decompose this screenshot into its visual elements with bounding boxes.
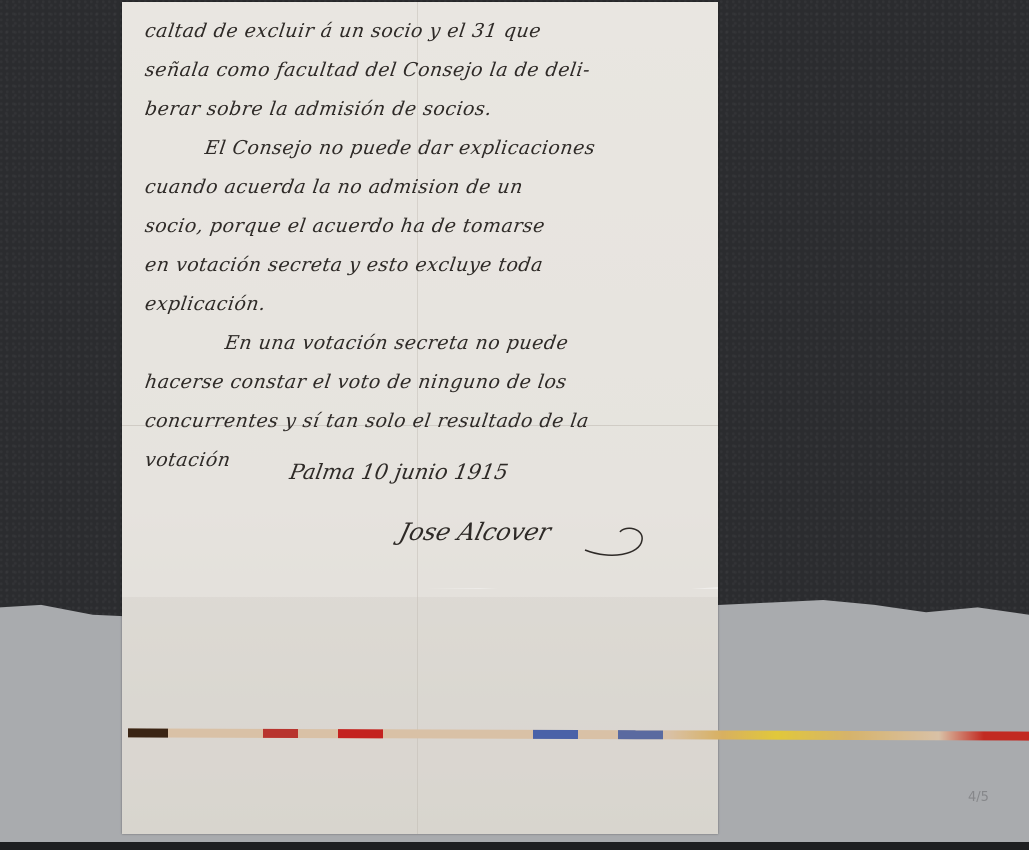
signature-flourish-icon (580, 520, 650, 560)
bottom-edge-strip (0, 842, 1029, 850)
body-line: El Consejo no puede dar explicaciones (142, 129, 717, 168)
body-line: cuando acuerda la no admision de un (142, 168, 717, 207)
archive-pencil-mark: 4/5 (968, 790, 989, 805)
overlay-shade (122, 597, 718, 834)
body-line: berar sobre la admisión de socios. (142, 90, 717, 129)
body-line: señala como facultad del Consejo la de d… (142, 51, 717, 90)
body-line: concurrentes y sí tan solo el resultado … (142, 402, 717, 441)
body-line: explicación. (142, 285, 717, 324)
body-line: socio, porque el acuerdo ha de tomarse (142, 207, 717, 246)
tape-blue-spot (533, 730, 578, 739)
body-line: en votación secreta y esto excluye toda (142, 246, 717, 285)
tape-red-spot (338, 729, 383, 738)
tear-edge (122, 587, 718, 609)
tape-red-spot (263, 729, 298, 738)
body-line: En una votación secreta no puede (142, 324, 717, 363)
signature: Jose Alcover (397, 518, 554, 546)
body-line: hacerse constar el voto de ninguno de lo… (142, 363, 717, 402)
letter-body: caltad de excluir á un socio y el 31 que… (145, 12, 715, 480)
tape-dark-spot (128, 728, 168, 737)
place-and-date: Palma 10 junio 1915 (288, 460, 510, 484)
body-line: caltad de excluir á un socio y el 31 que (142, 12, 717, 51)
tape-blue-spot (618, 730, 663, 739)
